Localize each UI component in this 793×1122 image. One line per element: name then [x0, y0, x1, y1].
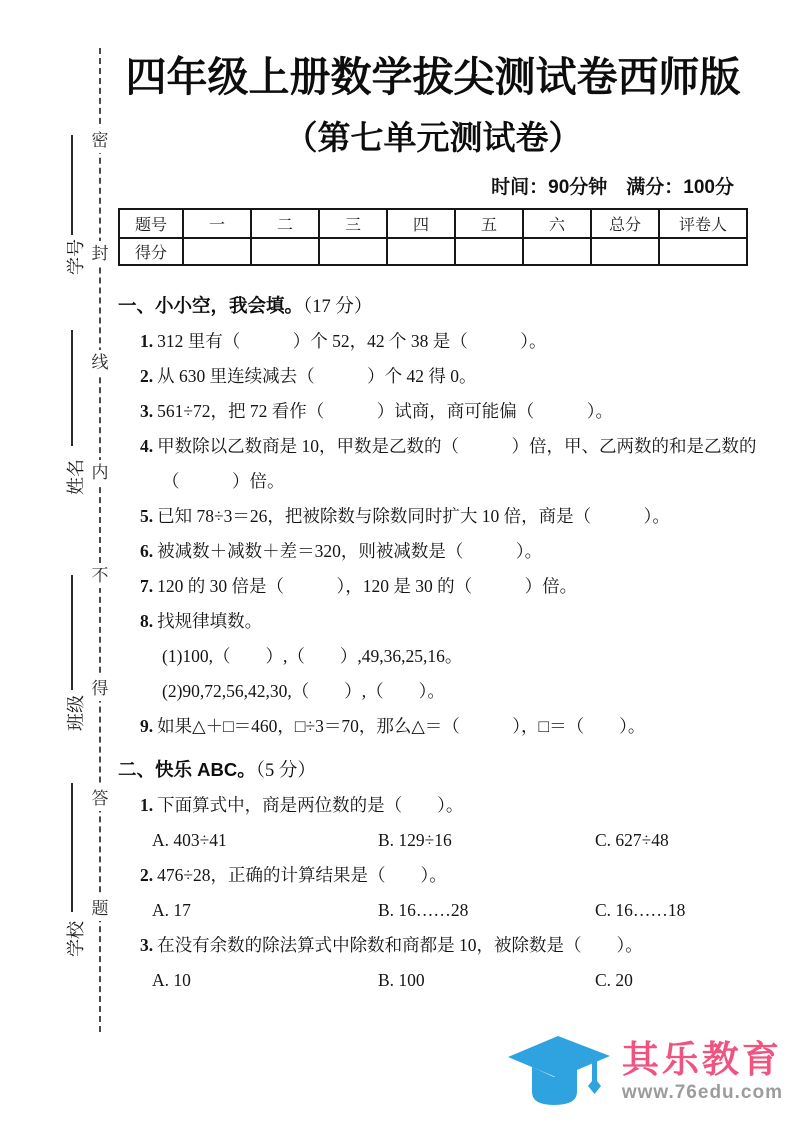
question-number: 7. [140, 576, 153, 596]
question-text: (2)90,72,56,42,30,（ ）,（ ）。 [162, 681, 445, 701]
score-table-header-row: 题号 一 二 三 四 五 六 总分 评卷人 [119, 209, 747, 238]
question-text: 已知 78÷3＝26，把被除数与除数同时扩大 10 倍，商是（ ）。 [157, 506, 670, 526]
seal-char: 线 [89, 350, 111, 375]
option-b: B. 100 [378, 963, 595, 998]
question-text: 下面算式中，商是两位数的是（ ）。 [157, 795, 463, 815]
seal-fill-line [71, 783, 73, 912]
seal-char: 答 [89, 786, 111, 811]
logo-text-block: 其乐教育 www.76edu.com [622, 1040, 783, 1105]
question-line-continued: （ ）倍。 [118, 464, 748, 499]
score-cell [387, 238, 455, 265]
section2-questions: 1.下面算式中，商是两位数的是（ ）。 A. 403÷41 B. 129÷16 … [118, 788, 748, 998]
question-text: 如果△＋□＝460，□÷3＝70，那么△＝（ ），□＝（ ）。 [157, 716, 645, 736]
option-c: C. 20 [595, 963, 748, 998]
paper-title: 四年级上册数学拔尖测试卷西师版 [118, 44, 748, 103]
question-text: 在没有余数的除法算式中除数和商都是 10，被除数是（ ）。 [157, 935, 643, 955]
paper-body: 四年级上册数学拔尖测试卷西师版 （第七单元测试卷） 时间：90分钟 满分：100… [118, 0, 748, 998]
seal-char: 题 [89, 896, 111, 921]
time-score-meta: 时间：90分钟 满分：100分 [118, 172, 748, 199]
options-row: A. 403÷41 B. 129÷16 C. 627÷48 [118, 823, 748, 858]
question-line: 5.已知 78÷3＝26，把被除数与除数同时扩大 10 倍，商是（ ）。 [118, 499, 748, 534]
option-a: A. 403÷41 [152, 823, 378, 858]
question-number: 4. [140, 436, 153, 456]
question-number: 2. [140, 366, 153, 386]
col-header: 三 [319, 209, 387, 238]
section1-heading-text: 一、小小空，我会填。 [118, 295, 303, 316]
question-line: 3.在没有余数的除法算式中除数和商都是 10，被除数是（ ）。 [118, 928, 748, 963]
col-header: 评卷人 [659, 209, 747, 238]
score-cell [523, 238, 591, 265]
question-line: 7.120 的 30 倍是（ ），120 是 30 的（ ）倍。 [118, 569, 748, 604]
col-header: 五 [455, 209, 523, 238]
question-line: 4.甲数除以乙数商是 10，甲数是乙数的（ ）倍，甲、乙两数的和是乙数的 [118, 429, 748, 464]
col-header: 二 [251, 209, 319, 238]
seal-fill-line [71, 575, 73, 690]
question-number: 5. [140, 506, 153, 526]
question-line: 8.找规律填数。 [118, 604, 748, 639]
options-row: A. 17 B. 16……28 C. 16……18 [118, 893, 748, 928]
question-number: 3. [140, 935, 153, 955]
seal-char: 不 [89, 563, 111, 588]
seal-char: 得 [89, 676, 111, 701]
question-line: 2.476÷28，正确的计算结果是（ ）。 [118, 858, 748, 893]
col-header: 总分 [591, 209, 659, 238]
question-text: 甲数除以乙数商是 10，甲数是乙数的（ ）倍，甲、乙两数的和是乙数的 [157, 436, 756, 456]
score-table-score-row: 得分 [119, 238, 747, 265]
section2-heading-text: 二、快乐 ABC。 [118, 759, 256, 780]
seal-dashed-line [99, 48, 101, 1032]
question-text: 312 里有（ ）个 52，42 个 38 是（ ）。 [157, 331, 546, 351]
question-text: （ ）倍。 [162, 471, 285, 491]
question-line: 3.561÷72，把 72 看作（ ）试商，商可能偏（ ）。 [118, 394, 748, 429]
score-cell [251, 238, 319, 265]
seal-char: 封 [89, 241, 111, 266]
school-label: 学校 [62, 916, 84, 962]
seal-fill-line [71, 330, 73, 446]
question-text: 561÷72，把 72 看作（ ）试商，商可能偏（ ）。 [157, 401, 613, 421]
score-table: 题号 一 二 三 四 五 六 总分 评卷人 得分 [118, 208, 748, 266]
question-number: 1. [140, 331, 153, 351]
site-logo: 其乐教育 www.76edu.com [504, 1034, 783, 1110]
option-c: C. 16……18 [595, 893, 748, 928]
class-label: 班级 [62, 690, 84, 736]
score-row-label: 得分 [119, 238, 183, 265]
graduation-cap-icon [504, 1034, 616, 1110]
paper-subtitle: （第七单元测试卷） [118, 112, 748, 159]
score-cell [455, 238, 523, 265]
question-text: 120 的 30 倍是（ ），120 是 30 的（ ）倍。 [157, 576, 577, 596]
question-number: 1. [140, 795, 153, 815]
option-c: C. 627÷48 [595, 823, 748, 858]
section1-questions: 1.312 里有（ ）个 52，42 个 38 是（ ）。 2.从 630 里连… [118, 324, 748, 744]
question-subline: (2)90,72,56,42,30,（ ）,（ ）。 [118, 674, 748, 709]
question-number: 3. [140, 401, 153, 421]
question-text: 被减数＋减数＋差＝320，则被减数是（ ）。 [157, 541, 542, 561]
score-cell [183, 238, 251, 265]
question-text: 找规律填数。 [157, 611, 262, 631]
col-header: 题号 [119, 209, 183, 238]
col-header: 四 [387, 209, 455, 238]
seal-fill-line [71, 135, 73, 235]
score-cell [319, 238, 387, 265]
question-line: 1.下面算式中，商是两位数的是（ ）。 [118, 788, 748, 823]
option-b: B. 129÷16 [378, 823, 595, 858]
question-line: 2.从 630 里连续减去（ ）个 42 得 0。 [118, 359, 748, 394]
col-header: 六 [523, 209, 591, 238]
options-row: A. 10 B. 100 C. 20 [118, 963, 748, 998]
section2-heading: 二、快乐 ABC。（5 分） [118, 756, 748, 782]
question-number: 6. [140, 541, 153, 561]
option-a: A. 10 [152, 963, 378, 998]
question-line: 9.如果△＋□＝460，□÷3＝70，那么△＝（ ），□＝（ ）。 [118, 709, 748, 744]
question-line: 6.被减数＋减数＋差＝320，则被减数是（ ）。 [118, 534, 748, 569]
section1-points: （17 分） [303, 297, 372, 317]
student-id-label: 学号 [62, 234, 84, 280]
question-line: 1.312 里有（ ）个 52，42 个 38 是（ ）。 [118, 324, 748, 359]
seal-char: 内 [89, 460, 111, 485]
col-header: 一 [183, 209, 251, 238]
option-a: A. 17 [152, 893, 378, 928]
test-paper-page: 密 封 线 内 不 得 答 题 学号 姓名 班级 学校 四年级上册数学拔尖测试卷… [0, 0, 793, 1122]
score-cell [591, 238, 659, 265]
name-label: 姓名 [62, 454, 84, 500]
question-subline: (1)100,（ ）,（ ）,49,36,25,16。 [118, 639, 748, 674]
question-number: 8. [140, 611, 153, 631]
section1-heading: 一、小小空，我会填。（17 分） [118, 292, 748, 318]
seal-char: 密 [89, 128, 111, 153]
score-cell [659, 238, 747, 265]
question-number: 9. [140, 716, 153, 736]
logo-website-url: www.76edu.com [622, 1082, 783, 1104]
option-b: B. 16……28 [378, 893, 595, 928]
question-number: 2. [140, 865, 153, 885]
question-text: (1)100,（ ）,（ ）,49,36,25,16。 [162, 646, 462, 666]
question-text: 从 630 里连续减去（ ）个 42 得 0。 [157, 366, 476, 386]
section2-points: （5 分） [256, 761, 316, 781]
logo-brand-name: 其乐教育 [622, 1040, 783, 1081]
question-text: 476÷28，正确的计算结果是（ ）。 [157, 865, 447, 885]
